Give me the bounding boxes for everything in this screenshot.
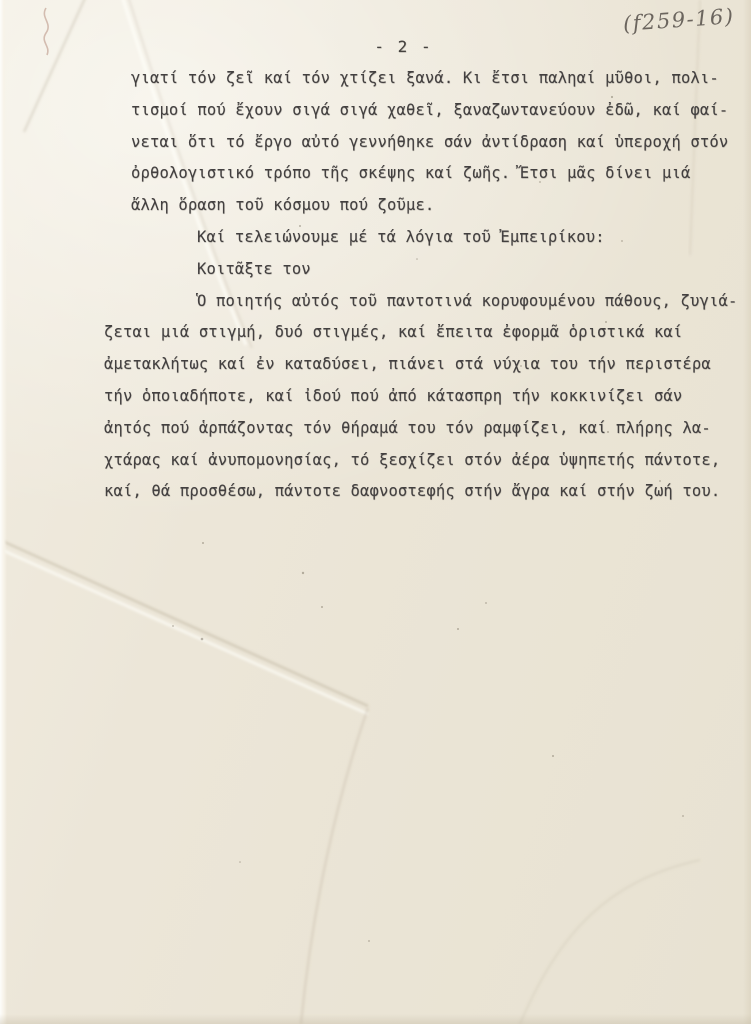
text-line: νεται ὅτι τό ἔργο αὐτό γεννήθηκε σάν ἀντ… — [131, 127, 751, 159]
scanner-edge-right — [743, 0, 751, 1024]
text-line: Ὁ ποιητής αὐτός τοῦ παντοτινά κορυφουμέν… — [197, 286, 751, 318]
text-line: ἄλλη ὅραση τοῦ κόσμου πού ζοῦμε. — [131, 190, 751, 222]
text-line: ἀμετακλήτως καί ἐν καταδύσει, πιάνει στά… — [104, 349, 751, 381]
fold-crease-highlight — [0, 549, 368, 714]
fold-crease — [0, 540, 368, 706]
text-line: ἀητός πού ἁρπάζοντας τόν θήραμά του τόν … — [104, 413, 751, 445]
text-line: Καί τελειώνουμε μέ τά λόγια τοῦ Ἐμπειρίκ… — [197, 222, 751, 254]
text-line: χτάρας καί ἀνυπομονησίας, τό ξεσχίζει στ… — [104, 445, 751, 477]
page-number: - 2 - — [0, 37, 751, 56]
scanner-edge-left — [0, 0, 7, 1024]
scanned-paper-page: (f259-16) - 2 - γιατί τόν ζεῖ καί τόν χτ… — [0, 0, 751, 1024]
typewritten-text-block: γιατί τόν ζεῖ καί τόν χτίζει ξανά. Κι ἔτ… — [0, 63, 751, 508]
scanner-edge-bottom — [0, 1014, 751, 1024]
crease-line — [520, 860, 700, 1024]
text-line: καί, θά προσθέσω, πάντοτε δαφνοστεφής στ… — [104, 476, 751, 508]
text-line: ὀρθολογιστικό τρόπο τῆς σκέψης καί ζωῆς.… — [131, 158, 751, 190]
archive-annotation: (f259-16) — [623, 4, 736, 36]
text-line: ζεται μιά στιγμή, δυό στιγμές, καί ἔπειτ… — [104, 317, 751, 349]
text-line: γιατί τόν ζεῖ καί τόν χτίζει ξανά. Κι ἔτ… — [131, 63, 751, 95]
text-line: τισμοί πού ἔχουν σιγά σιγά χαθεῖ, ξαναζω… — [131, 95, 751, 127]
text-line: Κοιτᾶξτε τον — [197, 254, 751, 286]
text-line: τήν ὁποιαδήποτε, καί ἰδού πού ἀπό κάτασπ… — [104, 381, 751, 413]
crease-line — [301, 708, 368, 1024]
